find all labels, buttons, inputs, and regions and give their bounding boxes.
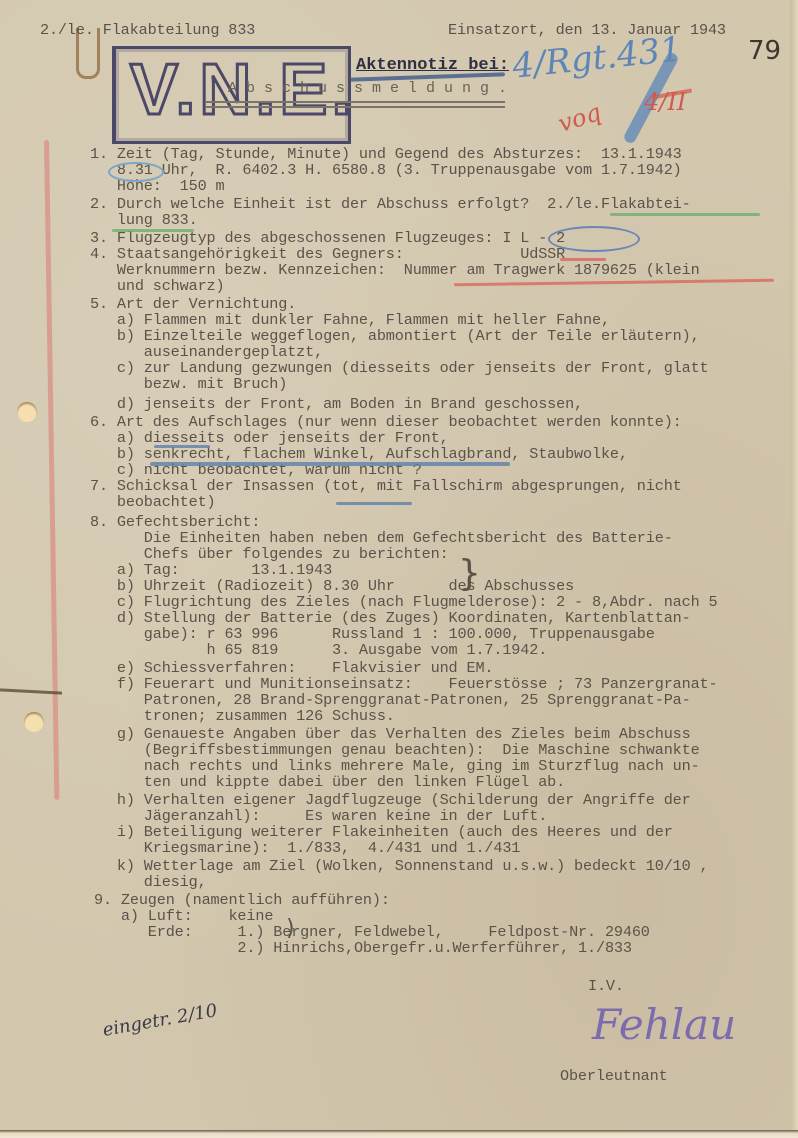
line: 6. Art des Aufschlages (nur wenn dieser … — [90, 414, 682, 430]
line: i) Beteiligung weiterer Flakeinheiten (a… — [90, 824, 673, 840]
line: 2. Durch welche Einheit ist der Abschuss… — [90, 196, 691, 212]
line: d) jenseits der Front, am Boden in Brand… — [90, 396, 583, 412]
brace-symbol: } — [458, 556, 481, 592]
line: c) zur Landung gezwungen (diesseits oder… — [90, 360, 709, 376]
signature: Fehlau — [592, 1000, 736, 1049]
line: f) Feuerart und Munitionseinsatz: Feuers… — [90, 676, 717, 692]
line: Chefs über folgendes zu berichten: — [90, 546, 449, 562]
line: (Begriffsbestimmungen genau beachten): D… — [90, 742, 700, 758]
green-underline — [610, 213, 760, 216]
line: a) Luft: keine — [94, 908, 273, 924]
paper-edge — [0, 1130, 798, 1138]
line: Kriegsmarine): 1./833, 4./431 und 1./431 — [90, 840, 520, 856]
line: lung 833. — [90, 212, 198, 228]
blue-circle-mark — [108, 162, 164, 182]
line: ten und kippte dabei über den linken Flü… — [90, 774, 565, 790]
line: 9. Zeugen (namentlich aufführen): — [94, 892, 390, 908]
line: und schwarz) — [90, 278, 224, 294]
iv-label: I.V. — [588, 978, 624, 994]
line: diesig, — [90, 874, 207, 890]
line: beobachtet) — [90, 494, 216, 510]
line: d) Stellung der Batterie (des Zuges) Koo… — [90, 610, 691, 626]
blue-underline — [154, 445, 210, 448]
blue-circle-mark — [548, 226, 640, 252]
line: tronen; zusammen 126 Schuss. — [90, 708, 395, 724]
line: Patronen, 28 Brand-Sprenggranat-Patronen… — [90, 692, 691, 708]
brace-symbol: ) — [286, 918, 295, 940]
blue-underline — [336, 502, 412, 505]
line: Werknummern bezw. Kennzeichen: Nummer am… — [90, 262, 700, 278]
line: auseinandergeplatzt, — [90, 344, 323, 360]
line: 4. Staatsangehörigkeit des Gegners: UdSS… — [90, 246, 565, 262]
line: 7. Schicksal der Insassen (tot, mit Fall… — [90, 478, 682, 494]
green-underline — [112, 229, 194, 232]
line: Höhe: 150 m — [90, 178, 224, 194]
line: a) diesseits oder jenseits der Front, — [90, 430, 449, 446]
line: h) Verhalten eigener Jagdflugzeuge (Schi… — [90, 792, 691, 808]
blue-underline — [150, 462, 510, 466]
line: bezw. mit Bruch) — [90, 376, 287, 392]
rank-label: Oberleutnant — [560, 1068, 668, 1084]
line: 3. Flugzeugtyp des abgeschossenen Flugze… — [90, 230, 565, 246]
line: 5. Art der Vernichtung. — [90, 296, 296, 312]
paper-edge — [790, 0, 798, 1130]
punch-hole-icon — [17, 402, 37, 422]
punch-hole-icon — [24, 712, 44, 732]
line: 8. Gefechtsbericht: — [90, 514, 260, 530]
document-title: Abschussmeldung. — [228, 80, 516, 97]
line: gabe): r 63 996 Russland 1 : 100.000, Tr… — [90, 626, 655, 642]
line: c) Flugrichtung des Zieles (nach Flugmel… — [90, 594, 717, 610]
page-number: 79 — [748, 36, 781, 66]
line: h 65 819 3. Ausgabe vom 1.7.1942. — [90, 642, 547, 658]
line: 2.) Hinrichs,Obergefr.u.Werferführer, 1.… — [94, 940, 632, 956]
line: a) Flammen mit dunkler Fahne, Flammen mi… — [90, 312, 610, 328]
line: b) Uhrzeit (Radiozeit) 8.30 Uhr des Absc… — [90, 578, 574, 594]
line: Jägeranzahl): Es waren keine in der Luft… — [90, 808, 547, 824]
line: a) Tag: 13.1.1943 — [90, 562, 332, 578]
title-underline — [205, 101, 505, 108]
line: Die Einheiten haben neben dem Gefechtsbe… — [90, 530, 673, 546]
line: e) Schiessverfahren: Flakvisier und EM. — [90, 660, 493, 676]
unit-header: 2./le. Flakabteilung 833 — [40, 22, 255, 38]
line: 8.31 Uhr, R. 6402.3 H. 6580.8 (3. Truppe… — [90, 162, 682, 178]
line: Erde: 1.) Bergner, Feldwebel, Feldpost-N… — [94, 924, 650, 940]
line: 1. Zeit (Tag, Stunde, Minute) und Gegend… — [90, 146, 682, 162]
line: b) Einzelteile weggeflogen, abmontiert (… — [90, 328, 700, 344]
line: g) Genaueste Angaben über das Verhalten … — [90, 726, 691, 742]
place-date: Einsatzort, den 13. Januar 1943 — [448, 22, 726, 38]
red-underline — [560, 258, 606, 261]
line: nach rechts und links mehrere Male, ging… — [90, 758, 700, 774]
line: b) senkrecht, flachem Winkel, Aufschlagb… — [90, 446, 628, 462]
line: k) Wetterlage am Ziel (Wolken, Sonnensta… — [90, 858, 709, 874]
